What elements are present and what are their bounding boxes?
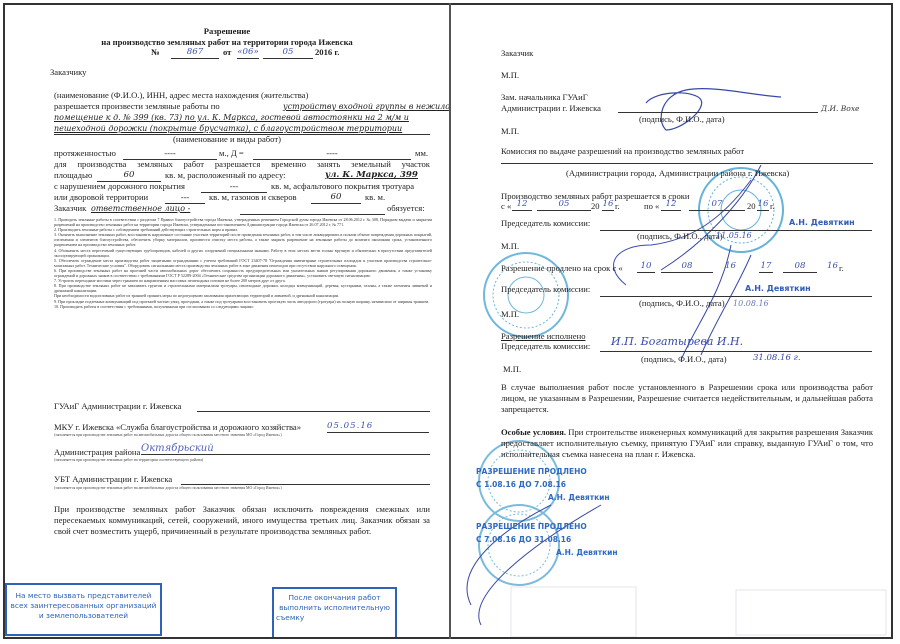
period-to-day: 12 [661,199,681,211]
stamp-line: всех заинтересованных организаций [7,601,160,611]
period-year-prefix: 20 [747,201,756,212]
extended-from-year: 16 [725,261,735,272]
rule-item: 3. Окончить выполнение земляных работ, в… [54,232,432,247]
rule-item: 1. Проводить земляные работы в соответст… [54,217,432,227]
extended-to-month: 08 [783,261,817,273]
stamp-line: РАЗРЕШЕНИЕ ПРОДЛЕНО [476,520,618,533]
period-from-year: 16 [602,199,614,211]
works-line-1: устройству входной группы в нежилое [283,101,449,112]
extended-from-day: 10 [637,261,655,273]
sign-caption: (подпись, Ф.И.О., дата) [639,114,725,125]
year-suffix: г. [615,201,620,212]
works-line-2: помещение к д. № 399 (кв. 73) по ул. К. … [54,112,409,123]
seal-place: М.П. [503,364,521,375]
permit-date-from-label: от [223,47,231,58]
period-year-prefix: 20 [591,201,600,212]
length-label: протяженностью [54,148,116,159]
rule-item: 9. При прокладке подземных коммуникаций … [54,299,432,304]
extension-stamp-2: РАЗРЕШЕНИЕ ПРОДЛЕНО С 7.08.16 ДО 31.08.1… [476,520,618,559]
approval-value: 05.05.16 [327,421,429,433]
liability-text: При производстве земляных работ Заказчик… [54,504,430,537]
yard-label: или дворовой территории [54,192,148,203]
chairman3-label: Председатель комиссии: [501,341,590,352]
sign-caption: (подпись, Ф.И.О., дата) [641,354,727,365]
customer2-value: ответственное лицо - [91,203,190,214]
chairman2-date: 10.08.16 [733,298,769,309]
chairman3-date: 31.08.16 г. [753,353,801,364]
year-suffix: г. [839,263,844,274]
length-unit: м., Д = [219,148,244,159]
period-to-year: 16 [757,199,769,211]
round-stamp-icon [479,441,559,585]
approval-caption: (заполняется при производстве земляных р… [54,486,282,491]
customer-caption: (наименование (Ф.И.О.), ИНН, адрес места… [54,90,308,101]
extension-stamp-1: РАЗРЕШЕНИЕ ПРОДЛЕНО С 1.08.16 ДО 7.08.16… [476,465,610,504]
invalid-condition-text: В случае выполнения работ после установл… [501,382,873,415]
commission-caption: (Администрации города, Администрации рай… [566,168,789,179]
seal-place: М.П. [501,309,519,320]
chairman2-name-stamp: А.Н. Девяткин [745,283,811,294]
approval-caption: (заполняется при производстве земляных р… [54,433,282,438]
permit-number-label: № [151,47,160,58]
approval-org: УБТ Администрации г. Ижевска [54,474,172,485]
lawns-value: 60 [311,192,361,204]
permit-number: 867 [171,47,219,59]
chairman-label: Председатель комиссии: [501,218,590,229]
permit-title: Разрешение [5,26,449,37]
works-caption: (наименование и виды работ) [5,134,449,145]
seal-place: М.П. [501,241,519,252]
permit-page-back: Заказчик М.П. Зам. начальника ГУАиГ Адми… [451,5,891,637]
approval-caption: (заполняется при производстве земляных р… [54,458,203,463]
customer2-label: Заказчик [54,203,86,214]
stamp-line: На место вызвать представителей [7,591,160,601]
area-text: для производства земляных работ разрешае… [54,159,430,170]
address-value: ул. К. Маркса, 399 [325,170,418,181]
year-suffix: г. [770,201,775,212]
area-unit-address: кв. м, расположенный по адресу: [165,170,286,181]
commission-title: Комиссия по выдаче разрешений на произво… [501,146,744,157]
period-to-month: 07 [689,199,745,211]
chairman-date: 11.05.16 [716,230,752,241]
stamp-line: С 7.08.16 ДО 31.08.16 [476,533,618,546]
approval-org: ГУАиГ Администрации г. Ижевска [54,401,181,412]
customer-label: Заказчику [50,67,86,78]
obliged-label: обязуется: [387,203,425,214]
lawns-unit: кв. м. [365,192,385,203]
seal-place: М.П. [501,126,519,137]
lawns-label: кв. м, газонов и скверов [209,192,297,203]
permit-date-day: «06» [237,47,259,59]
deputy-title-line-1: Зам. начальника ГУАиГ [501,92,588,103]
deputy-title-line-2: Администрации г. Ижевска [501,103,601,114]
stamp-line: съемку [274,613,395,623]
extended-from-month: 08 [661,261,713,273]
customer-label: Заказчик [501,48,533,59]
deputy-name: Д.И. Вохе [821,103,860,114]
period-from-day: 12 [512,199,532,211]
chairman2-label: Председатель комиссии: [501,284,590,295]
stamp-line: После окончания работ [274,593,395,603]
road-label: с нарушением дорожного покрытия [54,181,185,192]
diameter-unit: мм. [415,148,428,159]
stamp-line: выполнить исполнительную [274,603,395,613]
permit-date-year: 2016 г. [315,47,339,58]
period-from-month: 05 [537,199,591,211]
permit-page-front: Разрешение на производство земляных рабо… [5,5,449,637]
approval-value: Октябрьский [141,443,430,455]
road-unit: кв. м, асфальтового покрытия тротуара [271,181,414,192]
permit-date-month: 05 [263,47,313,59]
stamp-line: С 1.08.16 ДО 7.08.16 [476,478,610,491]
stamp-as-built-survey: После окончания работ выполнить исполнит… [272,587,397,637]
period-to-prefix: по « [644,201,659,212]
extended-to-day: 17 [759,261,773,273]
works-prefix: разрешается произвести земляные работы п… [54,101,220,112]
stamp-line: РАЗРЕШЕНИЕ ПРОДЛЕНО [476,465,610,478]
rule-item: 6. При производстве земляных работ на пр… [54,268,432,278]
stamp-line: А.Н. Девяткин [476,546,618,559]
approval-org: Администрация района [54,447,140,458]
chairman3-signature: И.П. Богатырева И.Н. [611,336,743,347]
sign-caption: (подпись, Ф.И.О., дата) [639,298,725,309]
works-line-3: пешеходной дорожки (покрытие брусчатка),… [54,123,402,134]
period-from-prefix: с « [501,201,511,212]
extended-to-year: 16 [827,261,837,272]
approval-org: МКУ г. Ижевска «Служба благоустройства и… [54,422,301,433]
rules-list: 1. Проводить земляные работы в соответст… [54,217,432,309]
chairman-name-stamp: А.Н. Девяткин [789,217,855,228]
extended-label: Разрешение продлено на срок с « [501,263,623,274]
special-conditions-label: Особые условия. [501,427,566,437]
rule-item: 8. При производстве земляных работ не за… [54,283,432,293]
stamp-line: А.Н. Девяткин [476,491,610,504]
stamp-call-representatives: На место вызвать представителей всех заи… [5,583,162,636]
rule-item: 10. Производить работы в соответствии с … [54,304,432,309]
area-label: площадью [54,170,92,181]
rule-item: 4. Обозначить места пересечений существу… [54,248,432,258]
special-conditions: Особые условия. При строительстве инжене… [501,427,873,460]
seal-place: М.П. [501,70,519,81]
stamp-line: и землепользователей [7,611,160,621]
sign-caption: (подпись, Ф.И.О., дата) [637,231,723,242]
rule-item: 5. Обеспечить ограждение места производс… [54,258,432,268]
